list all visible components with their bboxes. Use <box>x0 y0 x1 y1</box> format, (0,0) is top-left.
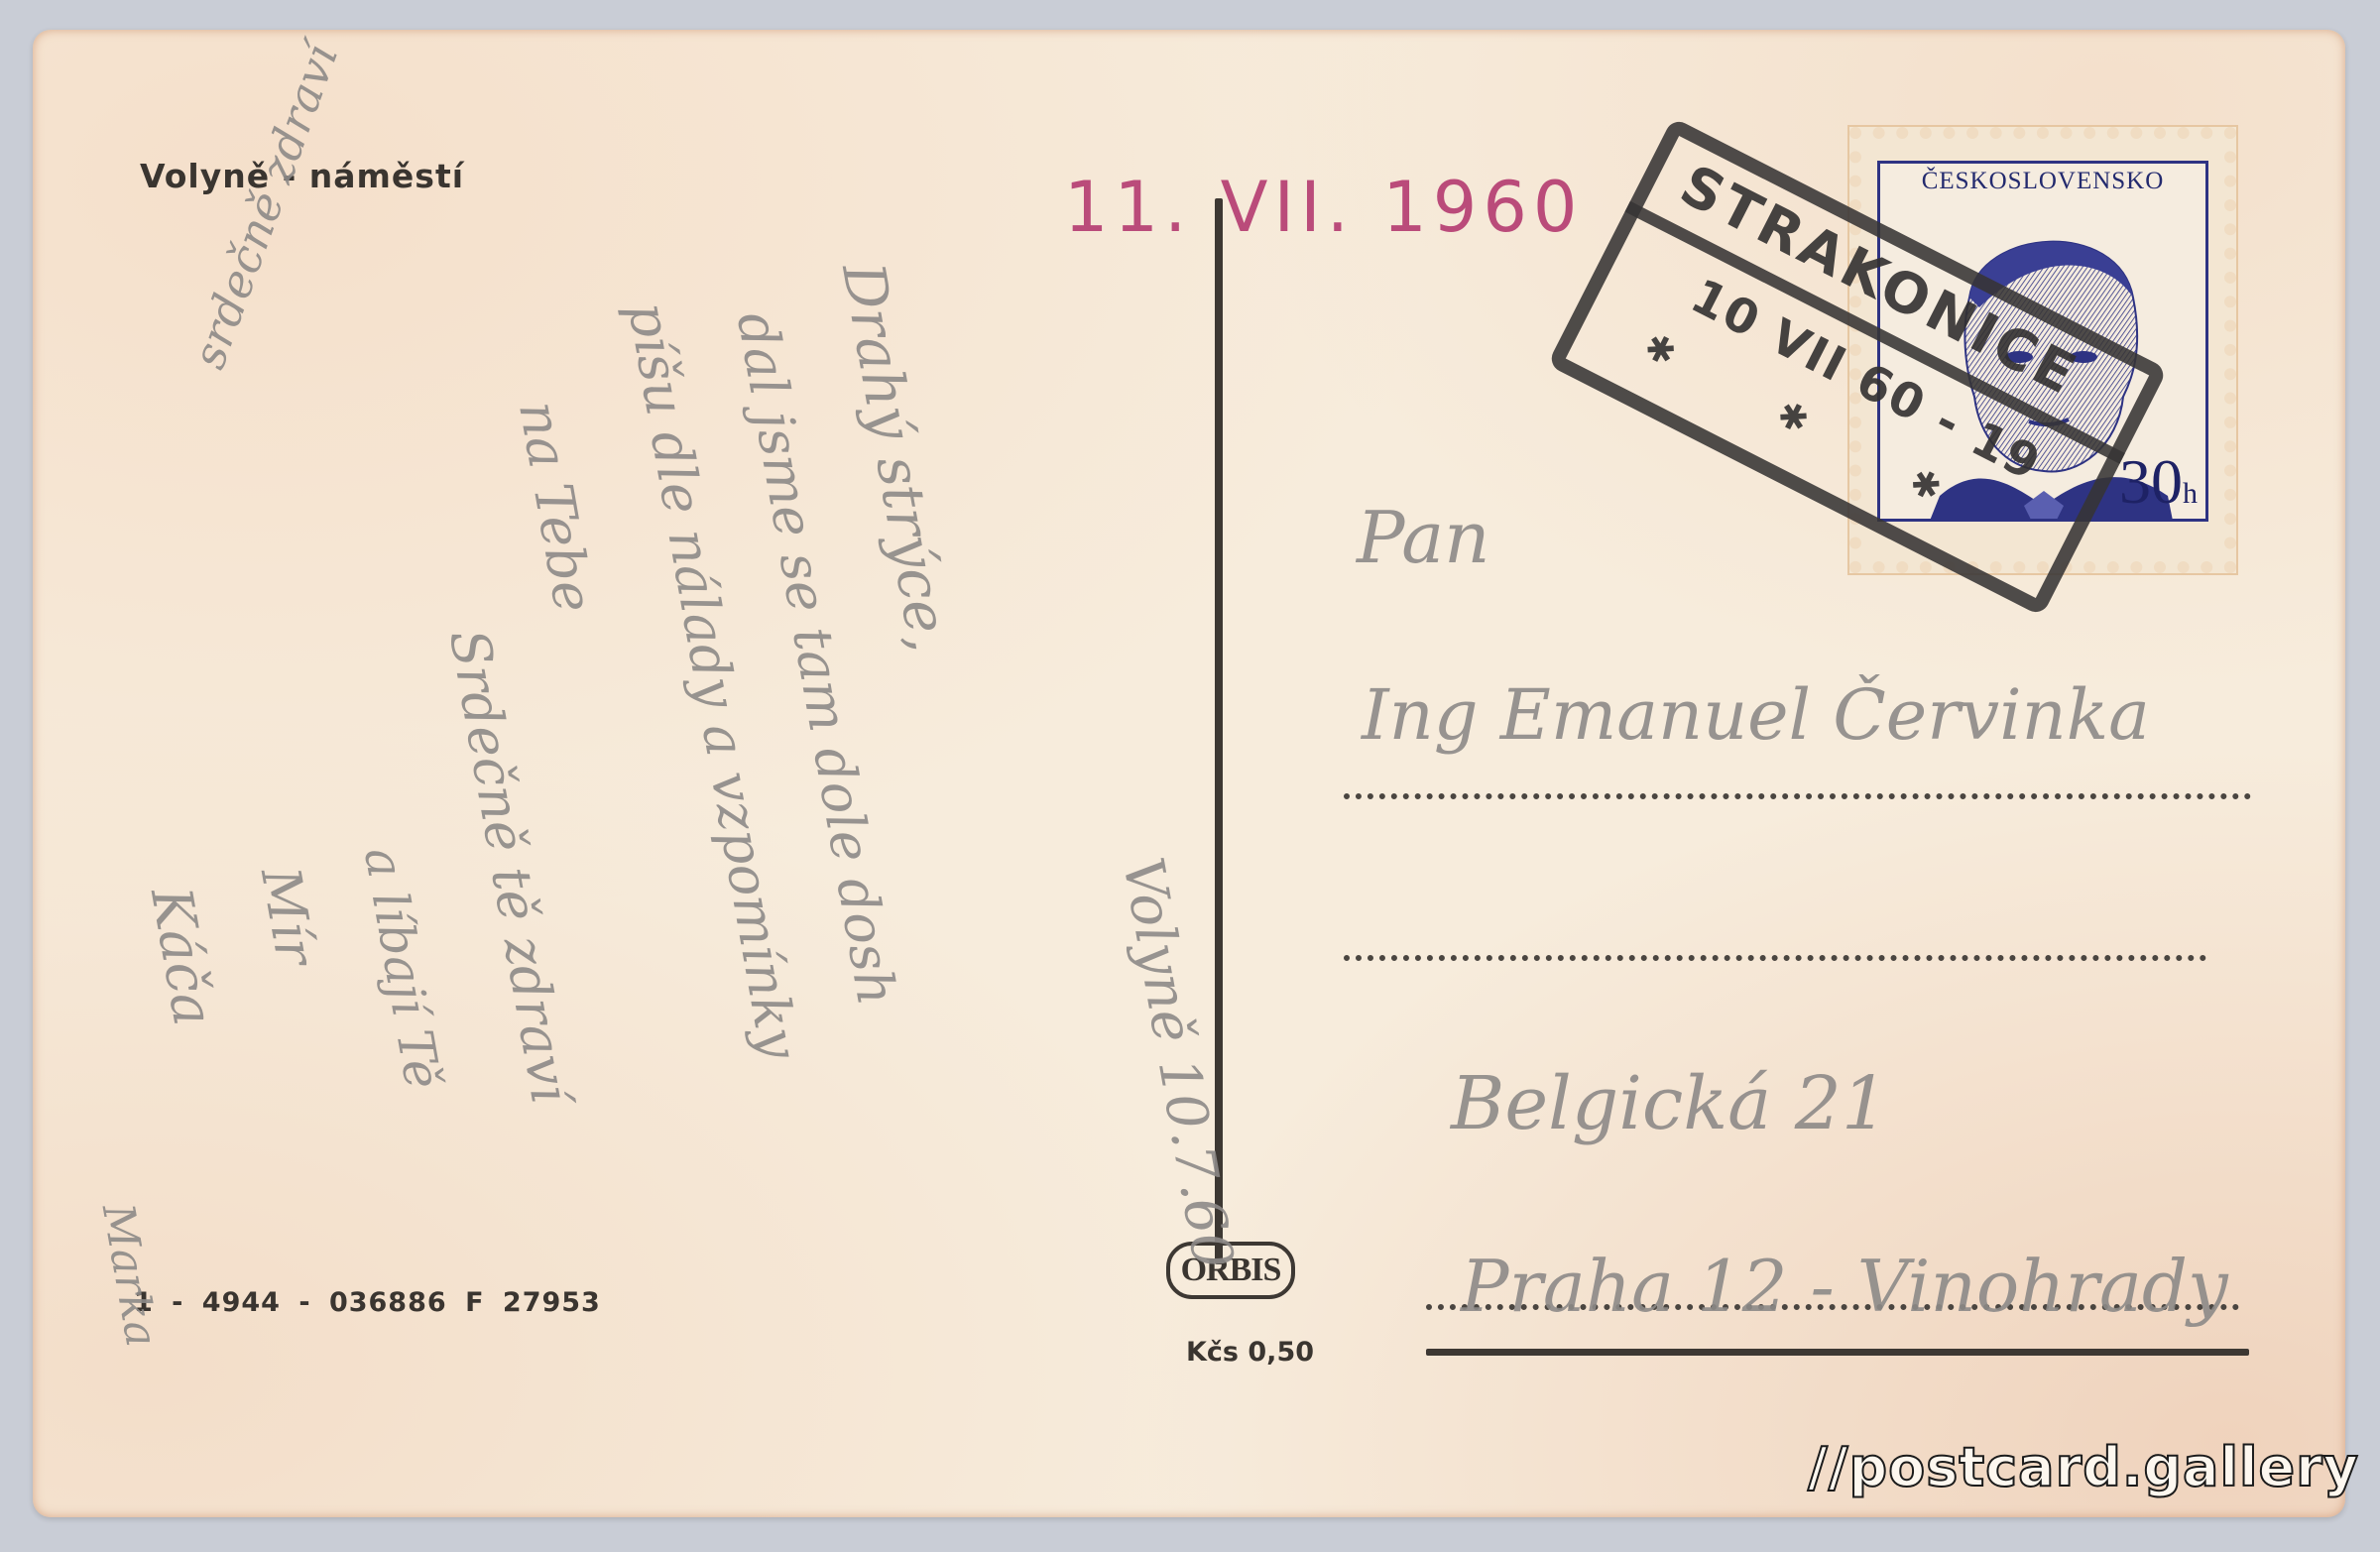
address-line-4 <box>1426 1349 2249 1356</box>
handwritten-message-line-3: na Tebe <box>507 397 620 700</box>
address-line-1 <box>1344 793 2251 799</box>
watermark: //postcard.gallery <box>1808 1436 2359 1498</box>
address-city: Praha 12 - Vinohrady <box>1461 1245 2228 1328</box>
handwritten-message-line-7: Káča <box>138 883 246 1147</box>
address-street: Belgická 21 <box>1451 1061 1888 1146</box>
address-recipient-name: Ing Emanuel Červinka <box>1362 674 2150 756</box>
address-line-2 <box>1344 955 2206 961</box>
handwritten-message-line-5: a líbají Tě <box>353 843 479 1244</box>
handwritten-message-line-6: Mír <box>249 863 345 1069</box>
address-salutation: Pan <box>1357 496 1490 579</box>
stamp-country: ČESKOSLOVENSKO <box>1880 168 2205 195</box>
print-code: 1 - 4944 - 036886 F 27953 <box>134 1287 601 1318</box>
postcard-back: Volyně - náměstí 1 - 4944 - 036886 F 279… <box>33 30 2345 1517</box>
stamp-value: 30h <box>2119 445 2198 519</box>
receipt-date-stamp: 11. VII. 1960 <box>1064 167 1583 248</box>
handwritten-place-date: Volyně 10.7.60 <box>1110 853 1269 1411</box>
